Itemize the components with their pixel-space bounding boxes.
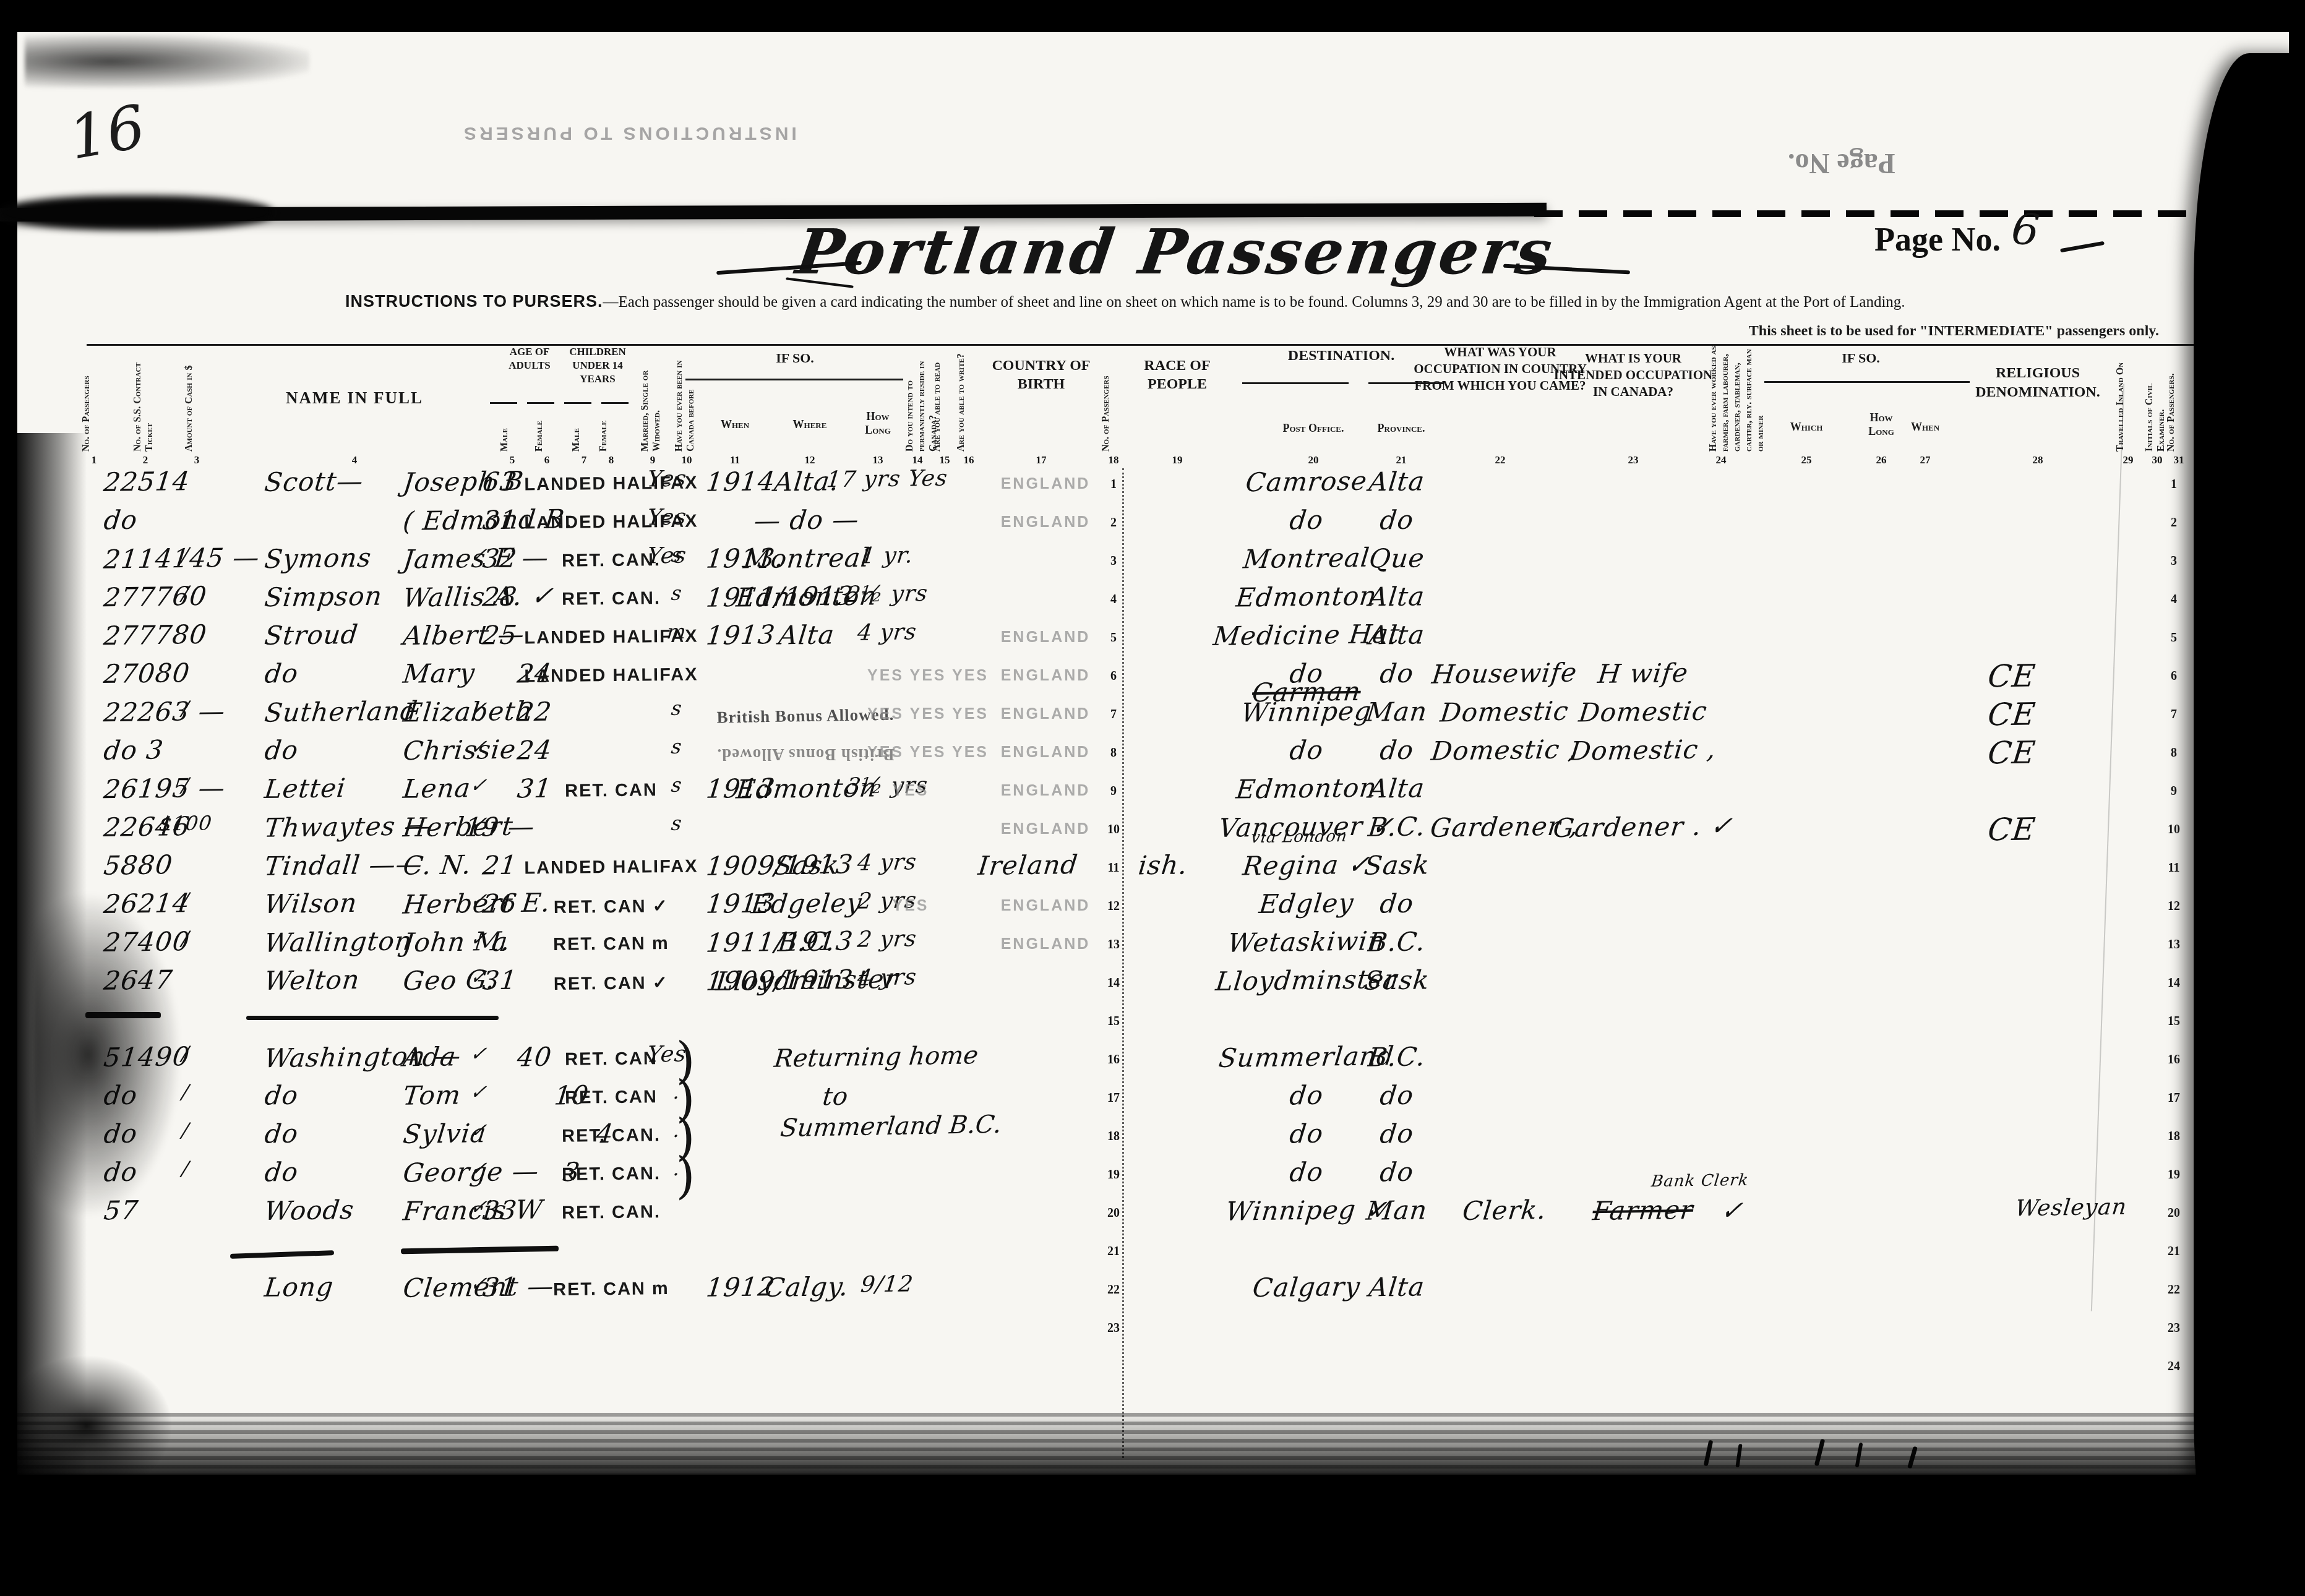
scan-bottom-mottling (0, 1412, 2305, 1477)
row-7-occ1: Domestic (1439, 696, 1571, 728)
row-20-surname: Woods (263, 1195, 356, 1226)
row-1-cob: ENGLAND (1001, 475, 1091, 493)
row-9-prov: Alta (1367, 773, 1426, 804)
row-20-prov: Man (1365, 1195, 1429, 1225)
row-7-cob: ENGLAND (1001, 705, 1091, 723)
col-num-7: 7 (582, 454, 587, 466)
col-occupation-intended: WHAT IS YOUR INTENDED OCCUPATION IN CANA… (1552, 350, 1714, 400)
bleedthrough-page-no-text: Page No. (1788, 147, 1895, 180)
row-13-prov: B.C. (1367, 926, 1427, 957)
row-20-stamp: RET. CAN. (562, 1202, 661, 1224)
row-13-surname: Wallington (263, 925, 414, 958)
row-19-stamp: RET. CAN. (562, 1164, 661, 1185)
row-6-prov: do (1378, 658, 1415, 689)
col-vlabel-14: Have you ever worked as farmer, farm lab… (1707, 341, 1736, 452)
passenger-number-dotted-rule (1122, 468, 1124, 1458)
row-4-surname: Simpson (263, 581, 384, 613)
right-row-num-10: 10 (2168, 823, 2180, 837)
row-5-ticket: 277780 (102, 619, 208, 651)
col-how-long-2: How Long (1860, 411, 1903, 438)
row-6-occ2: H wife (1596, 658, 1689, 689)
scanned-manifest-canvas: 16 INSTRUCTIONS TO PURSERS Page No. Port… (0, 0, 2305, 1596)
row-18-surname: do (263, 1118, 300, 1149)
col-num-3: 3 (194, 454, 200, 466)
row-10-rel: CE (1986, 811, 2037, 847)
row-4-po: Edmonton (1235, 580, 1379, 612)
row-16-chk: ✓ (469, 1042, 489, 1065)
col-num-30: 30 (2152, 454, 2163, 466)
page-title-script: Portland Passengers (792, 215, 1559, 288)
row-12-prov: do (1378, 888, 1415, 919)
col-num-24: 24 (1716, 454, 1727, 466)
instructions-bold: INSTRUCTIONS TO PURSERS. (345, 292, 603, 311)
mid-row-num-9: 9 (1110, 784, 1117, 799)
row-10-cash: $100 (158, 811, 213, 835)
right-row-num-14: 14 (2168, 976, 2180, 990)
row-4-given: Wallis A. ✓ (401, 580, 556, 612)
scan-bottom-black-edge (0, 1475, 2305, 1596)
right-row-num-1: 1 (2171, 478, 2177, 492)
row-22-prov: Alta (1367, 1271, 1426, 1302)
row-22-age: 31 (481, 1272, 519, 1303)
intermediate-note: This sheet is to be used for "INTERMEDIA… (1509, 323, 2159, 340)
row-2-where: — do — (753, 504, 861, 536)
row-5-how: 4 yrs (856, 619, 918, 645)
row-22-po: Calgary (1251, 1271, 1362, 1303)
col-vlabel-8: Married, Single or Widowed. (639, 341, 667, 452)
col-num-22: 22 (1495, 454, 1506, 466)
right-row-num-24: 24 (2168, 1360, 2180, 1374)
row-12-age: 26 (481, 888, 519, 919)
row-17-given: Tom (401, 1079, 462, 1110)
mid-row-num-14: 14 (1107, 976, 1120, 990)
col-race-of-people: RACE OF PEOPLE (1137, 356, 1217, 393)
row-22-how: 9/12 (859, 1271, 914, 1297)
row-8-yes3: YES YES YES (867, 744, 989, 762)
col-num-8: 8 (609, 454, 614, 466)
row-8-surname: do (263, 735, 300, 766)
row-13-age: a (490, 927, 509, 957)
col-num-10: 10 (682, 454, 692, 466)
right-row-num-17: 17 (2168, 1091, 2180, 1105)
row-2-age: 31 (481, 505, 519, 536)
mid-row-num-20: 20 (1107, 1206, 1120, 1221)
row-5-age: 25 (481, 620, 519, 651)
row-12-yes1: YES (892, 897, 929, 915)
right-row-num-4: 4 (2171, 593, 2177, 607)
if-so-1-underline (685, 379, 903, 380)
col-group-if-so-2: IF SO. (1842, 350, 1880, 366)
col-vlabel-13: No. of Passengers (1100, 341, 1128, 452)
row-7-po: Winnipeg (1240, 696, 1373, 728)
row-8-occ2: Domestic , (1568, 734, 1717, 766)
row-11-cob_hw: Ireland (977, 849, 1080, 881)
mid-row-num-6: 6 (1110, 669, 1117, 684)
right-row-num-15: 15 (2168, 1015, 2180, 1029)
right-row-num-6: 6 (2171, 669, 2177, 684)
col-country-of-birth: COUNTRY OF BIRTH (992, 356, 1091, 393)
right-row-num-23: 23 (2168, 1321, 2180, 1336)
row-7-agef: 22 (516, 697, 554, 727)
row-16-stamp: RET. CAN (565, 1049, 658, 1070)
corner-handwritten-mark: 16 (64, 92, 150, 173)
mid-row-num-12: 12 (1107, 899, 1120, 914)
row-20-occ2_note: Bank Clerk (1650, 1171, 1750, 1191)
row-9-agef: 31 (516, 773, 554, 804)
mid-row-num-3: 3 (1110, 554, 1117, 568)
row-19-chk: ✓ (469, 1157, 489, 1180)
row-17-prov: do (1378, 1080, 1415, 1111)
col-num-15: 15 (940, 454, 950, 466)
note-returning-home-line3: Summerland B.C. (779, 1110, 1003, 1143)
right-row-num-19: 19 (2168, 1168, 2180, 1182)
row-2-yes: Yes (646, 505, 688, 531)
right-row-num-3: 3 (2171, 554, 2177, 568)
right-row-num-12: 12 (2168, 899, 2180, 914)
row-20-occ1: Clerk. (1461, 1195, 1548, 1226)
table-top-rule (87, 344, 2202, 346)
row-5-where: Alta (777, 619, 836, 650)
row-20-age: 33 (481, 1195, 519, 1226)
col-num-16: 16 (964, 454, 974, 466)
row-8-rel: CE (1986, 734, 2037, 771)
col-vlabel-7: Female (598, 341, 626, 452)
row-19-po: do (1288, 1157, 1325, 1188)
col-num-19: 19 (1172, 454, 1183, 466)
row-4-age: 28 (481, 581, 519, 612)
row-12-po: Edgley (1258, 888, 1355, 919)
col-num-13: 13 (873, 454, 883, 466)
col-vlabel-9: Have you ever been in Canada before (673, 341, 702, 452)
col-vlabel-2: No. of S.S. Contract Ticket (132, 341, 160, 452)
row-14-how: 4 yrs (856, 964, 918, 990)
row-10-prov: B.C. (1367, 811, 1427, 842)
mid-row-num-19: 19 (1107, 1168, 1120, 1182)
destination-underline-1 (1242, 382, 1349, 384)
row-6-occ1: Housewife (1430, 657, 1579, 689)
right-row-num-20: 20 (2168, 1206, 2180, 1221)
row-8-po: do (1288, 735, 1325, 766)
right-row-num-22: 22 (2168, 1283, 2180, 1297)
right-row-num-16: 16 (2168, 1053, 2180, 1067)
row-14-stamp: RET. CAN ✓ (554, 972, 669, 995)
row-17-po: do (1288, 1080, 1325, 1111)
row-20-po: Winnipeg ✓ (1224, 1194, 1389, 1227)
mid-row-num-13: 13 (1107, 938, 1120, 952)
mid-row-num-7: 7 (1110, 708, 1117, 722)
row-11-where: Sask (773, 849, 841, 880)
row-9-stamp: RET. CAN (565, 780, 658, 802)
col-province: Province. (1378, 422, 1425, 435)
row-17-chk: ✓ (469, 1080, 489, 1104)
right-row-num-7: 7 (2171, 708, 2177, 722)
row-13-po: Wetaskiwin (1226, 925, 1386, 958)
row-16-prov: B.C. (1367, 1041, 1427, 1072)
row-12-surname: Wilson (263, 888, 359, 919)
row-9-chk: ✓ (469, 773, 489, 797)
scan-right-black-edge (2194, 53, 2305, 1596)
row-11-po: Regina ✓ (1241, 849, 1371, 882)
row-10-cob: ENGLAND (1001, 820, 1091, 838)
row-11-age: 21 (481, 850, 519, 881)
row-11-race: ish. (1137, 849, 1190, 880)
mid-row-num-23: 23 (1107, 1321, 1120, 1336)
instructions-text: —Each passenger should be given a card i… (603, 294, 1905, 311)
row-18-chk: ✓ (469, 1118, 489, 1142)
row-19-prov: do (1378, 1157, 1415, 1188)
instructions-line: INSTRUCTIONS TO PURSERS.—Each passenger … (345, 292, 1905, 311)
row-7-given: Elizabeth (401, 696, 534, 728)
col-vlabel-15: Travelled Inland On (2114, 341, 2143, 452)
col-num-26: 26 (1876, 454, 1887, 466)
row-6-yes3: YES YES YES (867, 667, 989, 685)
row-9-po: Edmonton (1235, 772, 1379, 804)
row-8-given: Chrissie (401, 734, 518, 766)
col-num-31: 31 (2174, 454, 2184, 466)
row-12-stamp: RET. CAN ✓ (554, 895, 669, 918)
row-5-cob: ENGLAND (1001, 629, 1091, 646)
row-11-surname: Tindall —— (263, 849, 424, 882)
row-8-agef: 24 (516, 735, 554, 766)
row-11-stamp: LANDED HALIFAX (524, 857, 698, 879)
row-3-prov: Que (1368, 543, 1427, 573)
row-9-surname: Lettei (263, 773, 347, 804)
right-row-num-5: 5 (2171, 631, 2177, 645)
row-8-occ1: Domestic , (1430, 734, 1579, 766)
row-5-prov: Alta (1367, 619, 1426, 650)
row-13-cob: ENGLAND (1001, 935, 1091, 953)
col-num-6: 6 (544, 454, 550, 466)
mid-row-num-18: 18 (1107, 1130, 1120, 1144)
row-6-surname: do (263, 658, 300, 689)
mid-row-num-17: 17 (1107, 1091, 1120, 1105)
row-1-when: 1914 (705, 466, 776, 497)
right-row-num-13: 13 (2168, 938, 2180, 952)
row-1-age: 63 (481, 466, 519, 497)
col-when-2: When (1911, 421, 1939, 434)
scan-left-blob (34, 878, 189, 1231)
row-19-surname: do (263, 1157, 300, 1188)
col-num-5: 5 (510, 454, 515, 466)
row-6-ticket: 27080 (102, 658, 191, 689)
row-1-surname: Scott— (263, 466, 365, 497)
row-7-occ2: Domestic (1577, 696, 1709, 728)
col-name-in-full: NAME IN FULL (286, 388, 423, 408)
col-how-long-1: How Long (856, 410, 899, 437)
row-22-stamp: RET. CAN m (553, 1279, 669, 1300)
row-3-yes: Yes (646, 543, 688, 569)
row-5-when: 1913 (705, 619, 776, 651)
row-1-how: 17 yrs Yes (825, 466, 949, 493)
row-4-stamp: RET. CAN. (562, 588, 661, 610)
col-post-office: Post Office. (1282, 422, 1344, 435)
row-8-cob: ENGLAND (1001, 744, 1091, 762)
row-8-ticket: do 3 (102, 734, 165, 765)
row-1-prov: Alta (1367, 466, 1426, 497)
row-11-how: 4 yrs (856, 849, 918, 875)
row-11-po_above: via London (1250, 827, 1349, 847)
row-6-stamp: LANDED HALIFAX (524, 665, 698, 687)
row-9-given: Lena (401, 773, 472, 804)
right-row-num-9: 9 (2171, 784, 2177, 799)
row-4-prov: Alta (1367, 581, 1426, 612)
row-11-given: C. N. (401, 849, 473, 881)
mid-row-num-2: 2 (1110, 516, 1117, 530)
mid-row-num-21: 21 (1107, 1245, 1120, 1259)
col-num-20: 20 (1308, 454, 1319, 466)
bleedthrough-instructions-text: INSTRUCTIONS TO PURSERS (461, 122, 797, 144)
row-3-where: Montreal (742, 543, 871, 575)
col-num-4: 4 (352, 454, 358, 466)
row-1-po: Camrose (1244, 466, 1368, 498)
row-17-surname: do (263, 1080, 300, 1111)
mid-row-num-22: 22 (1107, 1283, 1120, 1297)
row-9-cob: ENGLAND (1001, 782, 1091, 800)
row-13-where: B.C. (776, 926, 837, 957)
col-group-if-so-1: IF SO. (776, 350, 814, 366)
row-20-rel: Wesleyan (2014, 1195, 2128, 1222)
row-2-ticket: do (102, 505, 139, 536)
row-7-ticket: 22263 — (102, 696, 227, 728)
dashed-cut-line (1534, 210, 2215, 217)
row-6-cob: ENGLAND (1001, 667, 1091, 685)
row-16-agef: 40 (516, 1042, 554, 1073)
row-18-stamp: RET. CAN. (562, 1125, 661, 1147)
col-which: Which (1790, 421, 1823, 434)
mid-row-num-11: 11 (1108, 861, 1120, 875)
row-4-how: 2½ yrs (845, 581, 929, 607)
row-5-mar: m (666, 620, 688, 643)
row-11-ticket: 5880 (102, 849, 174, 881)
row-9-ticket: 26195 — (102, 773, 227, 805)
row-14-age: 31 (481, 965, 519, 996)
col-num-29: 29 (2123, 454, 2134, 466)
mid-row-num-8: 8 (1110, 746, 1117, 760)
row-18-prov: do (1378, 1118, 1415, 1149)
row-17-stamp: RET. CAN (565, 1087, 658, 1109)
row-2-po: do (1288, 505, 1325, 536)
row-2-cob: ENGLAND (1001, 513, 1091, 531)
col-num-14: 14 (912, 454, 923, 466)
mid-row-num-10: 10 (1107, 823, 1120, 837)
col-num-11: 11 (730, 454, 740, 466)
row-9-yes1: YES (892, 782, 929, 800)
col-group-destination: DESTINATION. (1288, 348, 1394, 364)
row-3-age: 32 (481, 543, 519, 574)
scan-fold-band-blob (0, 195, 272, 230)
col-num-9: 9 (650, 454, 656, 466)
col-num-23: 23 (1628, 454, 1639, 466)
col-vlabel-12: Are you able to write? (955, 341, 984, 452)
row-13-chk: ✓ (469, 927, 489, 950)
row-6-given: Mary (401, 658, 476, 689)
col-vlabel-17: No. of Passengers. (2165, 341, 2194, 452)
col-num-18: 18 (1109, 454, 1119, 466)
row-16-given: Ada (401, 1041, 458, 1072)
scan-smudge (25, 35, 309, 88)
row-6-rel: CE (1986, 658, 2037, 694)
row-20-occ2_suffix: ✓ (1719, 1195, 1745, 1226)
col-when-1: When (721, 418, 749, 431)
row-14-prov: Sask (1363, 964, 1431, 995)
row-2-prov: do (1378, 505, 1415, 536)
row-12-where: Edgeley (750, 888, 864, 919)
row-7-surname: Sutherland (263, 695, 419, 727)
page-no-label: Page No. (1874, 220, 2001, 259)
col-num-25: 25 (1801, 454, 1812, 466)
right-row-num-8: 8 (2171, 746, 2177, 760)
col-num-17: 17 (1036, 454, 1047, 466)
note-returning-home-line1: Returning home (773, 1041, 979, 1073)
col-vlabel-10: Do you intend to permanently reside in C… (904, 341, 932, 452)
row-22-surname: Long (263, 1271, 335, 1303)
row-8-chk: ✓ (469, 735, 489, 758)
row-22-where: Calgy. (763, 1271, 851, 1303)
col-vlabel-3: Amount of Cash in $ (183, 341, 212, 452)
row-1-yes: Yes (646, 466, 688, 492)
col-religious-denomination: RELIGIOUS DENOMINATION. (1933, 364, 2143, 402)
row-13-how: 2 yrs (856, 926, 918, 952)
row-13-stamp: RET. CAN m (553, 933, 669, 955)
col-vlabel-5: Female (533, 341, 562, 452)
right-row-num-11: 11 (2168, 861, 2180, 875)
col-num-12: 12 (805, 454, 815, 466)
row-18-po: do (1288, 1118, 1325, 1149)
col-num-21: 21 (1396, 454, 1407, 466)
row-10-age: 19 — (463, 811, 536, 843)
col-num-28: 28 (2033, 454, 2043, 466)
row-1-ticket: 22514 (102, 466, 191, 497)
right-row-num-21: 21 (2168, 1245, 2180, 1259)
row-8-prov: do (1378, 735, 1415, 766)
col-vlabel-6: Male (570, 341, 599, 452)
col-vlabel-4: Male (499, 341, 527, 452)
right-row-num-18: 18 (2168, 1130, 2180, 1144)
mid-row-num-1: 1 (1110, 478, 1117, 492)
row-7-yes3: YES YES YES (867, 705, 989, 723)
mid-row-num-4: 4 (1110, 593, 1117, 607)
group-separator-stroke-2 (246, 1016, 499, 1020)
mid-row-num-15: 15 (1107, 1015, 1120, 1029)
right-row-num-2: 2 (2171, 516, 2177, 530)
col-where-1: Where (793, 418, 827, 431)
row-4-ticket: 277760 (102, 581, 208, 612)
row-12-cob: ENGLAND (1001, 897, 1091, 915)
row-3-po: Montreal (1242, 543, 1371, 575)
row-7-rel: CE (1986, 696, 2037, 732)
row-3-how: 1 yr. (860, 543, 915, 568)
mid-row-num-5: 5 (1110, 631, 1117, 645)
row-3-surname: Symons (263, 543, 373, 574)
note-returning-home-line2: to (822, 1083, 849, 1112)
row-5-surname: Stroud (263, 619, 360, 651)
row-7-chk: ✓ (469, 697, 489, 720)
row-19-brace: ) (676, 1147, 695, 1204)
row-11-prov: Sask (1363, 849, 1431, 880)
col-num-2: 2 (143, 454, 148, 466)
row-7-prov: Man (1365, 696, 1429, 727)
row-10-occ2: Gardener . ✓ (1552, 810, 1734, 843)
page-no-value: 6 (2009, 203, 2042, 256)
row-20-occ2_struck: Farmer (1591, 1195, 1695, 1226)
mid-row-num-16: 16 (1107, 1053, 1120, 1067)
row-14-surname: Welton (263, 964, 361, 996)
col-num-27: 27 (1920, 454, 1931, 466)
